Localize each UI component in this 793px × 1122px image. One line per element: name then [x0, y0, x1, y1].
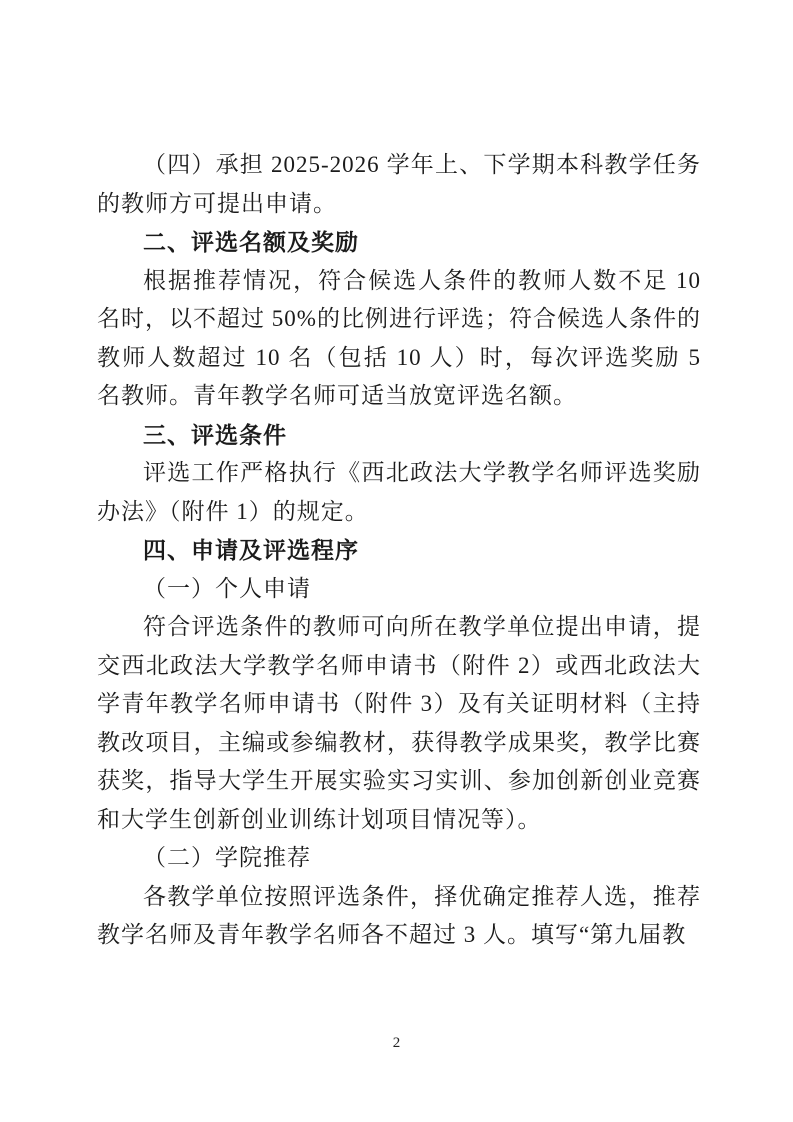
subsection-heading: （一）个人申请	[97, 570, 701, 609]
paragraph: 符合评选条件的教师可向所在教学单位提出申请，提交西北政法大学教学名师申请书（附件…	[97, 608, 701, 839]
section-heading-2: 二、评选名额及奖励	[97, 223, 701, 262]
section-heading-3: 三、评选条件	[97, 416, 701, 455]
paragraph: （四）承担 2025-2026 学年上、下学期本科教学任务的教师方可提出申请。	[97, 146, 701, 223]
paragraph: 评选工作严格执行《西北政法大学教学名师评选奖励办法》（附件 1）的规定。	[97, 454, 701, 531]
paragraph: 各教学单位按照评选条件，择优确定推荐人选，推荐教学名师及青年教学名师各不超过 3…	[97, 878, 701, 955]
subsection-heading: （二）学院推荐	[97, 839, 701, 878]
page-number: 2	[0, 1034, 793, 1052]
section-heading-4: 四、申请及评选程序	[97, 531, 701, 570]
paragraph: 根据推荐情况，符合候选人条件的教师人数不足 10 名时，以不超过 50%的比例进…	[97, 262, 701, 416]
document-body: （四）承担 2025-2026 学年上、下学期本科教学任务的教师方可提出申请。 …	[97, 146, 701, 955]
document-page: （四）承担 2025-2026 学年上、下学期本科教学任务的教师方可提出申请。 …	[0, 0, 793, 1122]
